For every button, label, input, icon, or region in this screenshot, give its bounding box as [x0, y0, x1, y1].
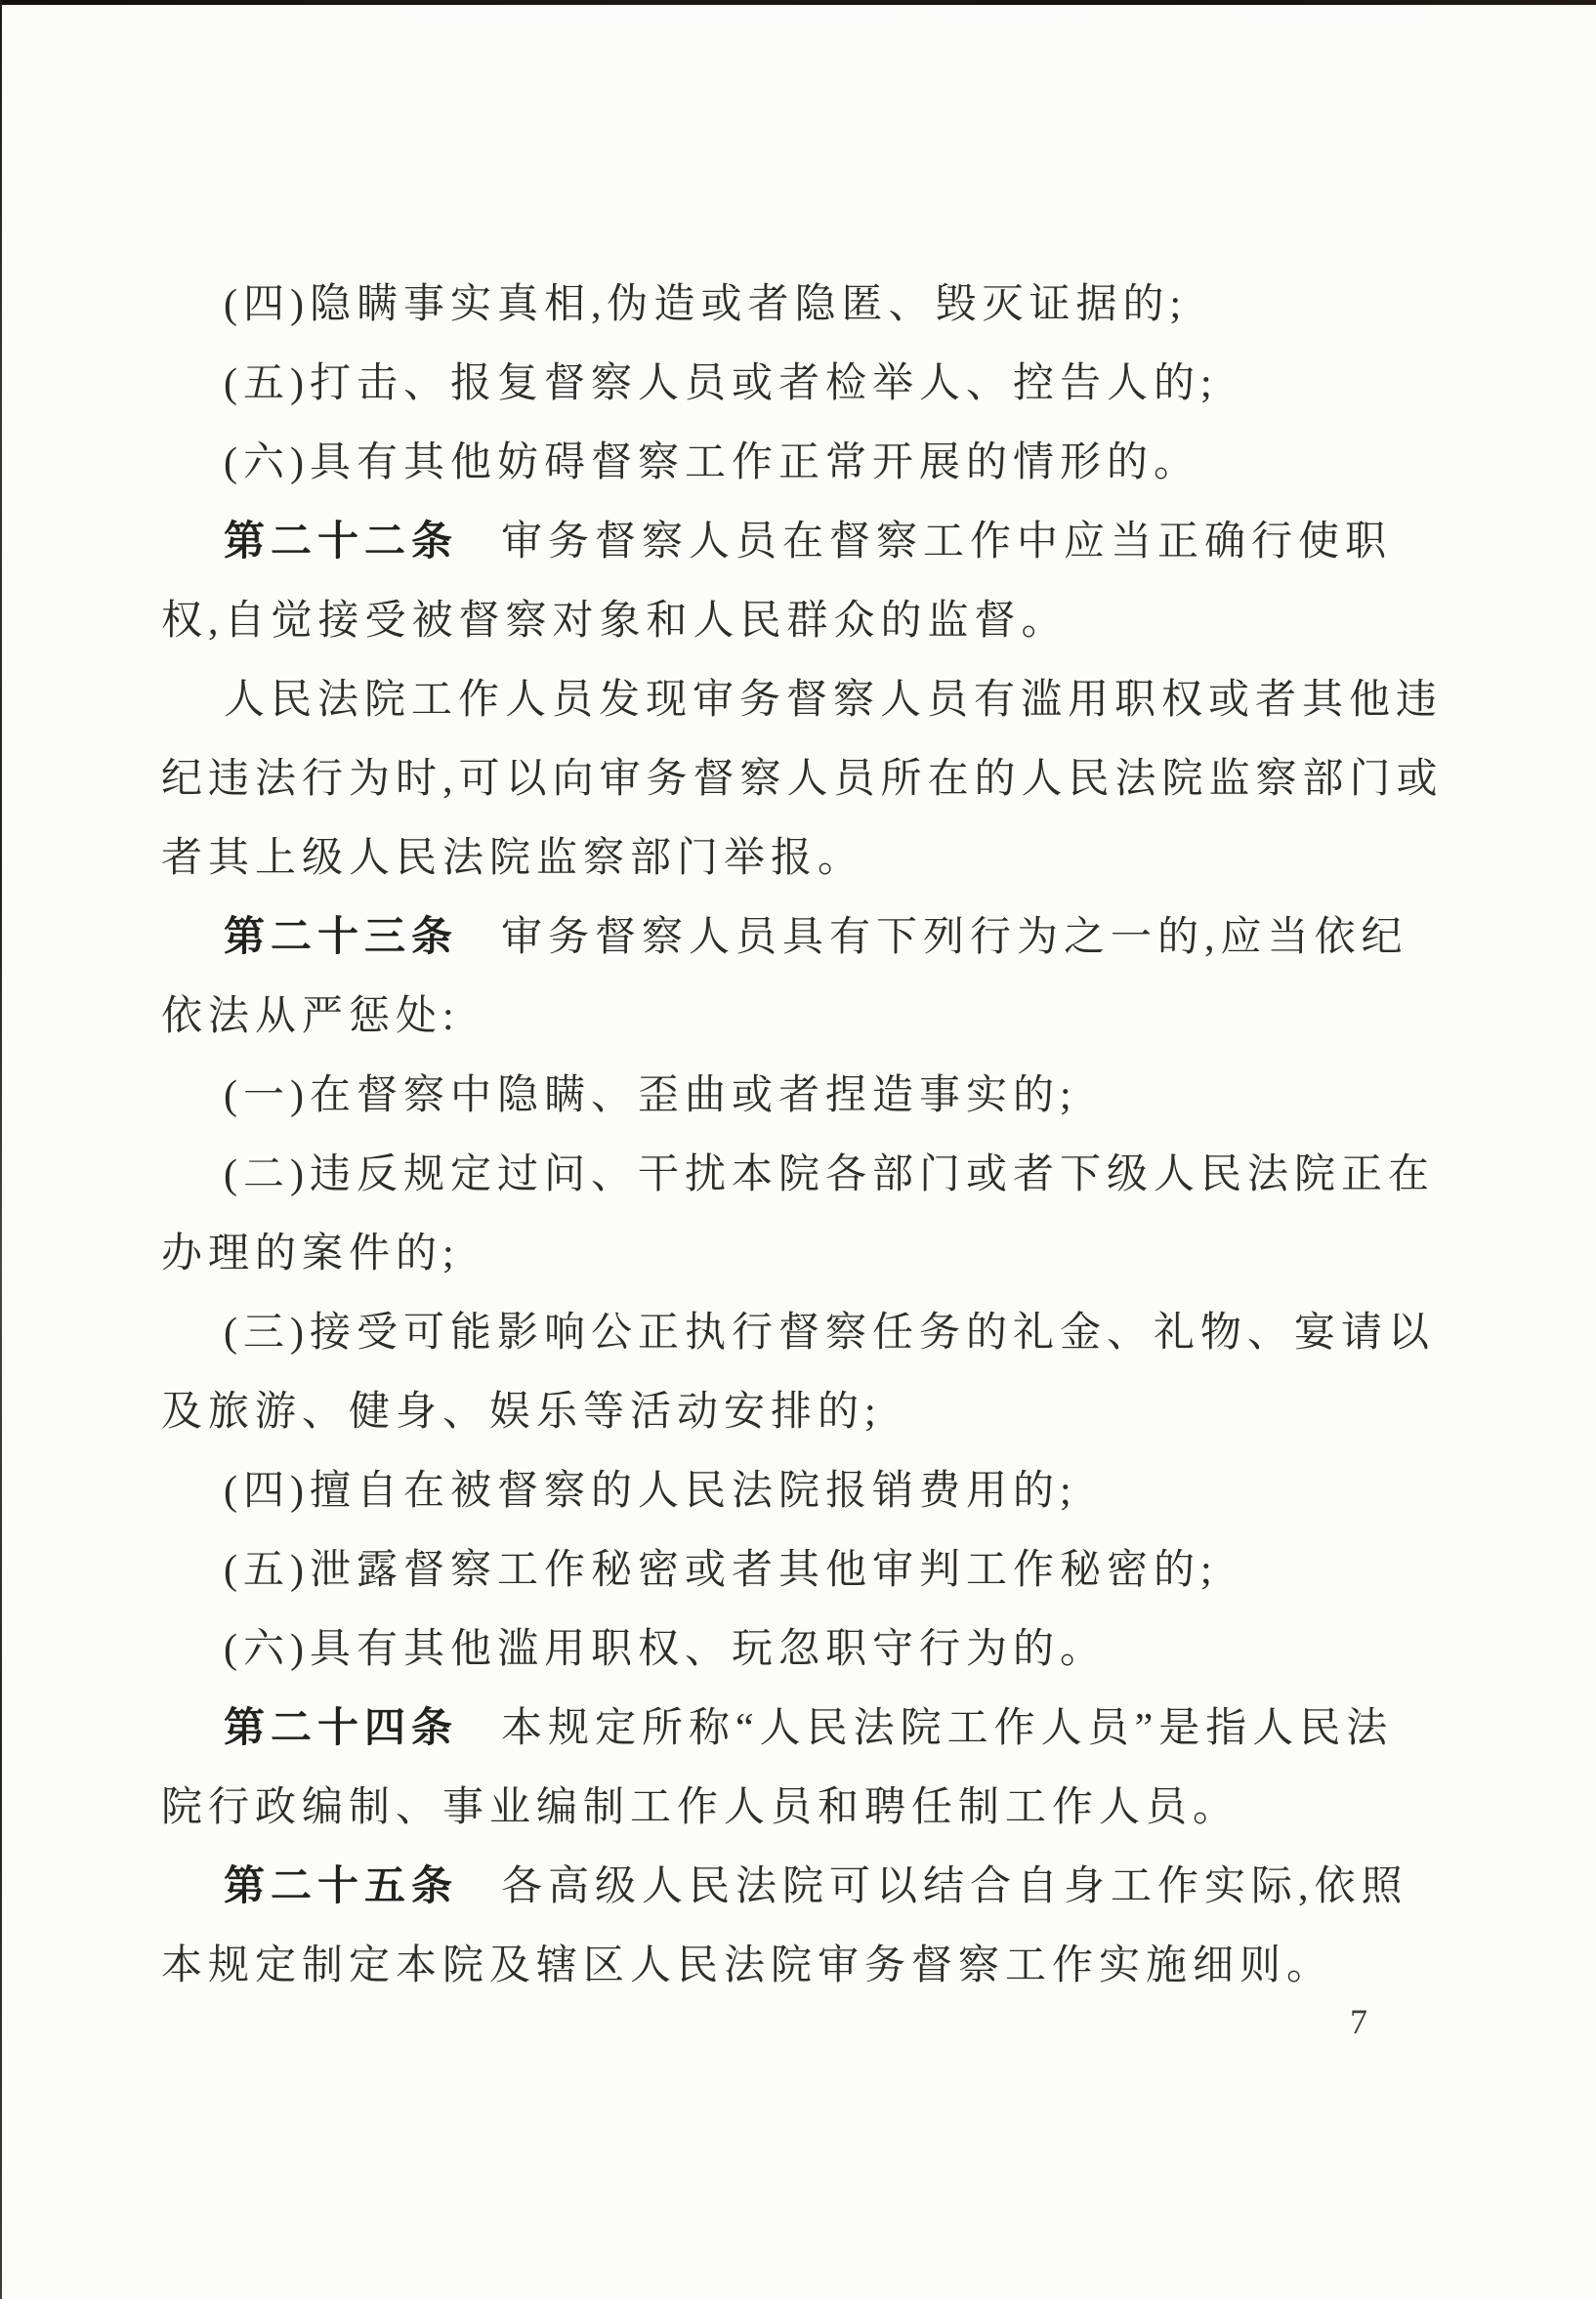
text-line: (三)接受可能影响公正执行督察任务的礼金、礼物、宴请以 — [161, 1294, 1479, 1373]
text-line: 及旅游、健身、娱乐等活动安排的; — [161, 1373, 1479, 1452]
text-line: (四)隐瞒事实真相,伪造或者隐匿、毁灭证据的; — [161, 266, 1479, 345]
text-line: (二)违反规定过问、干扰本院各部门或者下级人民法院正在 — [161, 1136, 1479, 1215]
text-line: 第二十二条审务督察人员在督察工作中应当正确行使职 — [161, 503, 1479, 582]
line-text: (六)具有其他滥用职权、玩忽职守行为的。 — [224, 1627, 1107, 1672]
line-text: (三)接受可能影响公正执行督察任务的礼金、礼物、宴请以 — [224, 1311, 1435, 1356]
line-text: (六)具有其他妨碍督察工作正常开展的情形的。 — [224, 440, 1200, 485]
line-text: (二)违反规定过问、干扰本院各部门或者下级人民法院正在 — [224, 1152, 1435, 1197]
page-number: 7 — [1350, 2000, 1367, 2043]
line-text: 权,自觉接受被督察对象和人民群众的监督。 — [161, 599, 1069, 644]
text-line: 第二十五条各高级人民法院可以结合自身工作实际,依照 — [161, 1848, 1479, 1927]
text-line: 第二十三条审务督察人员具有下列行为之一的,应当依纪 — [161, 899, 1479, 978]
text-line: 依法从严惩处: — [161, 978, 1479, 1057]
line-text: (五)泄露督察工作秘密或者其他审判工作秘密的; — [224, 1548, 1218, 1593]
line-text: (五)打击、报复督察人员或者检举人、控告人的; — [224, 361, 1218, 406]
scan-edge-left — [0, 0, 2, 2299]
text-line: 院行政编制、事业编制工作人员和聘任制工作人员。 — [161, 1769, 1479, 1848]
line-text: 者其上级人民法院监察部门举报。 — [161, 836, 864, 881]
text-line: (五)泄露督察工作秘密或者其他审判工作秘密的; — [161, 1531, 1479, 1610]
line-text: 依法从严惩处: — [161, 994, 460, 1039]
text-line: (四)擅自在被督察的人民法院报销费用的; — [161, 1452, 1479, 1531]
line-text: 本规定所称“人民法院工作人员”是指人民法 — [501, 1706, 1393, 1751]
line-text: 本规定制定本院及辖区人民法院审务督察工作实施细则。 — [161, 1944, 1333, 1988]
line-text: 审务督察人员在督察工作中应当正确行使职 — [501, 520, 1392, 564]
text-line: (六)具有其他妨碍督察工作正常开展的情形的。 — [161, 424, 1479, 503]
article-number: 第二十五条 — [224, 1864, 458, 1909]
document-body: (四)隐瞒事实真相,伪造或者隐匿、毁灭证据的; (五)打击、报复督察人员或者检举… — [161, 266, 1479, 2006]
text-line: 人民法院工作人员发现审务督察人员有滥用职权或者其他违 — [161, 661, 1479, 740]
line-text: 各高级人民法院可以结合自身工作实际,依照 — [501, 1864, 1408, 1909]
line-text: 纪违法行为时,可以向审务督察人员所在的人民法院监察部门或 — [161, 757, 1444, 802]
text-line: 办理的案件的; — [161, 1215, 1479, 1294]
text-line: (五)打击、报复督察人员或者检举人、控告人的; — [161, 345, 1479, 424]
article-number: 第二十四条 — [224, 1706, 458, 1751]
article-number: 第二十二条 — [224, 520, 458, 564]
scan-edge-top — [0, 0, 1596, 5]
line-text: 人民法院工作人员发现审务督察人员有滥用职权或者其他违 — [224, 678, 1443, 723]
text-line: (一)在督察中隐瞒、歪曲或者捏造事实的; — [161, 1057, 1479, 1136]
text-line: 第二十四条本规定所称“人民法院工作人员”是指人民法 — [161, 1690, 1479, 1769]
article-number: 第二十三条 — [224, 915, 458, 960]
text-line: 纪违法行为时,可以向审务督察人员所在的人民法院监察部门或 — [161, 740, 1479, 819]
text-line: 本规定制定本院及辖区人民法院审务督察工作实施细则。 — [161, 1927, 1479, 2006]
line-text: 及旅游、健身、娱乐等活动安排的; — [161, 1390, 882, 1435]
document-page: (四)隐瞒事实真相,伪造或者隐匿、毁灭证据的; (五)打击、报复督察人员或者检举… — [0, 0, 1596, 2299]
line-text: 院行政编制、事业编制工作人员和聘任制工作人员。 — [161, 1785, 1239, 1830]
text-line: (六)具有其他滥用职权、玩忽职守行为的。 — [161, 1610, 1479, 1690]
line-text: (四)隐瞒事实真相,伪造或者隐匿、毁灭证据的; — [224, 282, 1187, 327]
line-text: (四)擅自在被督察的人民法院报销费用的; — [224, 1469, 1077, 1514]
text-line: 者其上级人民法院监察部门举报。 — [161, 819, 1479, 899]
line-text: 审务督察人员具有下列行为之一的,应当依纪 — [501, 915, 1408, 960]
text-line: 权,自觉接受被督察对象和人民群众的监督。 — [161, 582, 1479, 661]
line-text: (一)在督察中隐瞒、歪曲或者捏造事实的; — [224, 1073, 1077, 1118]
line-text: 办理的案件的; — [161, 1232, 460, 1276]
